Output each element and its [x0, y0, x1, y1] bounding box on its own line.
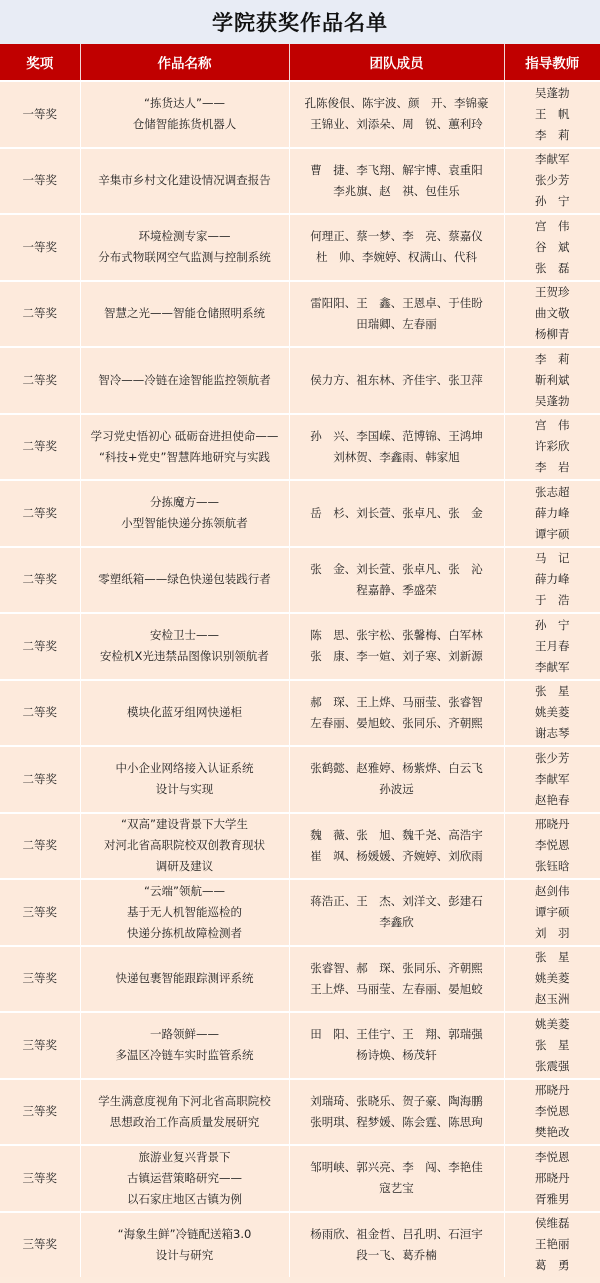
header-work: 作品名称: [80, 44, 289, 81]
header-team: 团队成员: [289, 44, 504, 81]
teachers-cell-line: 李 岩: [505, 457, 600, 478]
teachers-cell-line: 吴蓬勃: [505, 83, 600, 104]
work-title-cell-line: 智慧之光——智能仓储照明系统: [81, 303, 289, 324]
teachers-cell-line: 李 莉: [505, 125, 600, 146]
table-row: 三等奖一路领鲜——多温区冷链车实时监管系统田 阳、王佳宁、王 翔、郭瑞强杨诗焕、…: [0, 1012, 600, 1079]
award-cell: 二等奖: [0, 347, 80, 414]
team-members-cell-line: 李兆旗、赵 祺、包佳乐: [290, 181, 504, 202]
award-cell: 三等奖: [0, 1012, 80, 1079]
teachers-cell: 张 星姚美菱谢志琴: [504, 680, 600, 747]
work-title-cell-line: 对河北省高职院校双创教育现状: [81, 835, 289, 856]
team-members-cell-line: 张睿智、郝 琛、张同乐、齐朝熙: [290, 958, 504, 979]
team-members-cell-line: 岳 杉、刘长萱、张卓凡、张 金: [290, 503, 504, 524]
table-row: 三等奖学生满意度视角下河北省高职院校思想政治工作高质量发展研究刘瑞琦、张晓乐、贺…: [0, 1079, 600, 1146]
teachers-cell-line: 张 星: [505, 947, 600, 968]
team-members-cell-line: 刘林贺、李鑫雨、韩家旭: [290, 447, 504, 468]
team-members-cell: 张鹤懿、赵雅婷、杨紫烨、白云飞孙波远: [289, 746, 504, 813]
work-title-cell-line: 调研及建议: [81, 856, 289, 877]
teachers-cell: 李 莉靳利斌吴蓬勃: [504, 347, 600, 414]
team-members-cell: 杨雨欣、祖金哲、吕孔明、石洹宇段一飞、葛乔楠: [289, 1212, 504, 1278]
table-row: 二等奖分拣魔方——小型智能快递分拣领航者岳 杉、刘长萱、张卓凡、张 金张志超薛力…: [0, 480, 600, 547]
team-members-cell-line: 李鑫欣: [290, 912, 504, 933]
team-members-cell-line: 孙 兴、李国嵘、范博锦、王鸿坤: [290, 426, 504, 447]
teachers-cell: 李献军张少芳孙 宁: [504, 148, 600, 215]
teachers-cell-line: 王艳丽: [505, 1234, 600, 1255]
work-title-cell-line: 安检机X光违禁品图像识别领航者: [81, 646, 289, 667]
award-cell: 一等奖: [0, 214, 80, 281]
teachers-cell: 宫 伟许彩欣李 岩: [504, 414, 600, 481]
page-title: 学院获奖作品名单: [212, 7, 388, 37]
teachers-cell-line: 李献军: [505, 657, 600, 678]
team-members-cell-line: 张 康、李一媗、刘子寒、刘新源: [290, 646, 504, 667]
team-members-cell: 刘瑞琦、张晓乐、贺子豪、陶海鹏张明琪、程梦媛、陈会霆、陈思珣: [289, 1079, 504, 1146]
team-members-cell-line: 张鹤懿、赵雅婷、杨紫烨、白云飞: [290, 758, 504, 779]
team-members-cell: 曹 捷、李飞翔、解宇博、袁重阳李兆旗、赵 祺、包佳乐: [289, 148, 504, 215]
teachers-cell-line: 张少芳: [505, 170, 600, 191]
table-body: 一等奖“拣货达人”——仓储智能拣货机器人孔陈俊佷、陈宇波、颜 开、李锦豪王锦业、…: [0, 81, 600, 1277]
teachers-cell: 王贺珍曲文敬杨柳青: [504, 281, 600, 348]
team-members-cell-line: 何理正、蔡一梦、李 亮、蔡嘉仪: [290, 226, 504, 247]
team-members-cell-line: 杨雨欣、祖金哲、吕孔明、石洹宇: [290, 1224, 504, 1245]
award-cell: 二等奖: [0, 680, 80, 747]
team-members-cell-line: 邹明峡、郭兴亮、李 闯、李艳佳: [290, 1157, 504, 1178]
team-members-cell-line: 雷阳阳、王 鑫、王恩卓、于佳盼: [290, 293, 504, 314]
teachers-cell: 侯维磊王艳丽葛 勇: [504, 1212, 600, 1278]
work-title-cell: “拣货达人”——仓储智能拣货机器人: [80, 81, 289, 148]
teachers-cell-line: 曲文敬: [505, 303, 600, 324]
table-header: 奖项 作品名称 团队成员 指导教师: [0, 44, 600, 81]
teachers-cell-line: 张志超: [505, 482, 600, 503]
work-title-cell-line: 一路领鲜——: [81, 1024, 289, 1045]
teachers-cell-line: 张 星: [505, 1035, 600, 1056]
team-members-cell: 岳 杉、刘长萱、张卓凡、张 金: [289, 480, 504, 547]
teachers-cell-line: 李悦恩: [505, 835, 600, 856]
team-members-cell-line: 王上烨、马丽莹、左春丽、晏旭蛟: [290, 979, 504, 1000]
team-members-cell-line: 张 金、刘长萱、张卓凡、张 沁: [290, 559, 504, 580]
award-cell: 三等奖: [0, 1212, 80, 1278]
teachers-cell-line: 谭宇硕: [505, 524, 600, 545]
team-members-cell: 雷阳阳、王 鑫、王恩卓、于佳盼田瑞卿、左春丽: [289, 281, 504, 348]
teachers-cell-line: 李悦恩: [505, 1101, 600, 1122]
teachers-cell-line: 马 记: [505, 548, 600, 569]
table-row: 二等奖中小企业网络接入认证系统设计与实现张鹤懿、赵雅婷、杨紫烨、白云飞孙波远张少…: [0, 746, 600, 813]
teachers-cell-line: 赵玉洲: [505, 989, 600, 1010]
team-members-cell: 张睿智、郝 琛、张同乐、齐朝熙王上烨、马丽莹、左春丽、晏旭蛟: [289, 946, 504, 1013]
work-title-cell: 旅游业复兴背景下古镇运营策略研究——以石家庄地区古镇为例: [80, 1145, 289, 1212]
table-row: 三等奖快递包裹智能跟踪测评系统张睿智、郝 琛、张同乐、齐朝熙王上烨、马丽莹、左春…: [0, 946, 600, 1013]
team-members-cell-line: 曹 捷、李飞翔、解宇博、袁重阳: [290, 160, 504, 181]
work-title-cell-line: “拣货达人”——: [81, 93, 289, 114]
teachers-cell-line: 葛 勇: [505, 1255, 600, 1276]
team-members-cell: 郝 琛、王上烨、马丽莹、张睿智左春丽、晏旭蛟、张同乐、齐朝熙: [289, 680, 504, 747]
team-members-cell: 侯力方、祖东林、齐佳宇、张卫萍: [289, 347, 504, 414]
teachers-cell-line: 张钰晗: [505, 856, 600, 877]
teachers-cell-line: 赵剑伟: [505, 881, 600, 902]
work-title-cell: “云端”领航——基于无人机智能巡检的快递分拣机故障检测者: [80, 879, 289, 946]
work-title-cell-line: 分布式物联网空气监测与控制系统: [81, 247, 289, 268]
team-members-cell-line: 寇艺宝: [290, 1178, 504, 1199]
work-title-cell-line: 设计与研究: [81, 1245, 289, 1266]
award-cell: 一等奖: [0, 81, 80, 148]
work-title-cell: 快递包裹智能跟踪测评系统: [80, 946, 289, 1013]
work-title-cell: 零塑纸箱——绿色快递包装践行者: [80, 547, 289, 614]
table-row: 三等奖“云端”领航——基于无人机智能巡检的快递分拣机故障检测者蒋浩正、王 杰、刘…: [0, 879, 600, 946]
teachers-cell-line: 张 星: [505, 681, 600, 702]
award-cell: 三等奖: [0, 1079, 80, 1146]
award-cell: 二等奖: [0, 613, 80, 680]
teachers-cell-line: 宫 伟: [505, 216, 600, 237]
work-title-cell-line: 以石家庄地区古镇为例: [81, 1189, 289, 1210]
work-title-cell: 中小企业网络接入认证系统设计与实现: [80, 746, 289, 813]
teachers-cell: 马 记薛力峰于 浩: [504, 547, 600, 614]
work-title-cell: 学习党史悟初心 砥砺奋进担使命——“科技+党史”智慧阵地研究与实践: [80, 414, 289, 481]
work-title-cell: 环境检测专家——分布式物联网空气监测与控制系统: [80, 214, 289, 281]
table-row: 三等奖旅游业复兴背景下古镇运营策略研究——以石家庄地区古镇为例邹明峡、郭兴亮、李…: [0, 1145, 600, 1212]
teachers-cell-line: 宫 伟: [505, 415, 600, 436]
team-members-cell-line: 孔陈俊佷、陈宇波、颜 开、李锦豪: [290, 93, 504, 114]
work-title-cell-line: 古镇运营策略研究——: [81, 1168, 289, 1189]
teachers-cell-line: 于 浩: [505, 590, 600, 611]
work-title-cell-line: “科技+党史”智慧阵地研究与实践: [81, 447, 289, 468]
work-title-cell: 智冷——冷链在途智能监控领航者: [80, 347, 289, 414]
teachers-cell-line: 张 磊: [505, 258, 600, 279]
table-row: 二等奖零塑纸箱——绿色快递包装践行者张 金、刘长萱、张卓凡、张 沁程嘉静、季盛荣…: [0, 547, 600, 614]
teachers-cell: 姚美菱张 星张震强: [504, 1012, 600, 1079]
work-title-cell-line: 模块化蓝牙组网快递柜: [81, 702, 289, 723]
work-title-cell-line: 小型智能快递分拣领航者: [81, 513, 289, 534]
teachers-cell-line: 邢晓丹: [505, 814, 600, 835]
work-title-cell-line: 中小企业网络接入认证系统: [81, 758, 289, 779]
work-title-cell: 智慧之光——智能仓储照明系统: [80, 281, 289, 348]
team-members-cell-line: 程嘉静、季盛荣: [290, 580, 504, 601]
teachers-cell-line: 樊艳改: [505, 1122, 600, 1143]
team-members-cell-line: 蒋浩正、王 杰、刘洋文、彭建石: [290, 891, 504, 912]
teachers-cell-line: 谷 斌: [505, 237, 600, 258]
team-members-cell-line: 魏 薇、张 旭、魏千尧、高浩宇: [290, 825, 504, 846]
teachers-cell-line: 薛力峰: [505, 569, 600, 590]
teachers-cell-line: 王 帆: [505, 104, 600, 125]
teachers-cell-line: 李献军: [505, 149, 600, 170]
work-title-cell: “海象生鲜”冷链配送箱3.0设计与研究: [80, 1212, 289, 1278]
team-members-cell-line: 孙波远: [290, 779, 504, 800]
teachers-cell-line: 姚美菱: [505, 968, 600, 989]
teachers-cell-line: 侯维磊: [505, 1213, 600, 1234]
team-members-cell-line: 田 阳、王佳宁、王 翔、郭瑞强: [290, 1024, 504, 1045]
team-members-cell: 张 金、刘长萱、张卓凡、张 沁程嘉静、季盛荣: [289, 547, 504, 614]
team-members-cell: 魏 薇、张 旭、魏千尧、高浩宇崔 飒、杨媛媛、齐婉婷、刘欣雨: [289, 813, 504, 880]
team-members-cell-line: 张明琪、程梦媛、陈会霆、陈思珣: [290, 1112, 504, 1133]
team-members-cell-line: 左春丽、晏旭蛟、张同乐、齐朝熙: [290, 713, 504, 734]
table-row: 一等奖“拣货达人”——仓储智能拣货机器人孔陈俊佷、陈宇波、颜 开、李锦豪王锦业、…: [0, 81, 600, 148]
team-members-cell-line: 田瑞卿、左春丽: [290, 314, 504, 335]
award-cell: 三等奖: [0, 1145, 80, 1212]
team-members-cell: 蒋浩正、王 杰、刘洋文、彭建石李鑫欣: [289, 879, 504, 946]
team-members-cell: 邹明峡、郭兴亮、李 闯、李艳佳寇艺宝: [289, 1145, 504, 1212]
work-title-cell-line: “云端”领航——: [81, 881, 289, 902]
teachers-cell-line: 吴蓬勃: [505, 391, 600, 412]
teachers-cell-line: 胥雅男: [505, 1189, 600, 1210]
teachers-cell-line: 姚美菱: [505, 702, 600, 723]
award-cell: 三等奖: [0, 946, 80, 1013]
award-cell: 二等奖: [0, 746, 80, 813]
work-title-cell-line: 安检卫士——: [81, 625, 289, 646]
team-members-cell-line: 杨诗焕、杨茂轩: [290, 1045, 504, 1066]
teachers-cell: 张志超薛力峰谭宇硕: [504, 480, 600, 547]
teachers-cell-line: 邢晓丹: [505, 1168, 600, 1189]
team-members-cell-line: 刘瑞琦、张晓乐、贺子豪、陶海鹏: [290, 1091, 504, 1112]
team-members-cell-line: 崔 飒、杨媛媛、齐婉婷、刘欣雨: [290, 846, 504, 867]
team-members-cell: 田 阳、王佳宁、王 翔、郭瑞强杨诗焕、杨茂轩: [289, 1012, 504, 1079]
award-cell: 二等奖: [0, 547, 80, 614]
teachers-cell-line: 孙 宁: [505, 615, 600, 636]
award-cell: 一等奖: [0, 148, 80, 215]
team-members-cell-line: 段一飞、葛乔楠: [290, 1245, 504, 1266]
teachers-cell: 赵剑伟谭宇硕刘 羽: [504, 879, 600, 946]
teachers-cell-line: 靳利斌: [505, 370, 600, 391]
teachers-cell: 张 星姚美菱赵玉洲: [504, 946, 600, 1013]
title-bar: 学院获奖作品名单: [0, 0, 600, 44]
work-title-cell: 安检卫士——安检机X光违禁品图像识别领航者: [80, 613, 289, 680]
team-members-cell: 陈 思、张宇松、张馨梅、白军林张 康、李一媗、刘子寒、刘新源: [289, 613, 504, 680]
award-cell: 三等奖: [0, 879, 80, 946]
work-title-cell-line: “双高”建设背景下大学生: [81, 814, 289, 835]
teachers-cell: 孙 宁王月春李献军: [504, 613, 600, 680]
work-title-cell-line: 仓储智能拣货机器人: [81, 114, 289, 135]
work-title-cell-line: 零塑纸箱——绿色快递包装践行者: [81, 569, 289, 590]
teachers-cell: 李悦恩邢晓丹胥雅男: [504, 1145, 600, 1212]
work-title-cell-line: 学生满意度视角下河北省高职院校: [81, 1091, 289, 1112]
table-row: 一等奖环境检测专家——分布式物联网空气监测与控制系统何理正、蔡一梦、李 亮、蔡嘉…: [0, 214, 600, 281]
teachers-cell-line: 许彩欣: [505, 436, 600, 457]
award-table: 奖项 作品名称 团队成员 指导教师 一等奖“拣货达人”——仓储智能拣货机器人孔陈…: [0, 44, 600, 1277]
teachers-cell: 张少芳李献军赵艳春: [504, 746, 600, 813]
work-title-cell-line: 旅游业复兴背景下: [81, 1147, 289, 1168]
teachers-cell: 吴蓬勃王 帆李 莉: [504, 81, 600, 148]
team-members-cell: 何理正、蔡一梦、李 亮、蔡嘉仪杜 帅、李婉婷、权满山、代科: [289, 214, 504, 281]
table-row: 三等奖“海象生鲜”冷链配送箱3.0设计与研究杨雨欣、祖金哲、吕孔明、石洹宇段一飞…: [0, 1212, 600, 1278]
teachers-cell-line: 姚美菱: [505, 1014, 600, 1035]
team-members-cell-line: 侯力方、祖东林、齐佳宇、张卫萍: [290, 370, 504, 391]
teachers-cell-line: 杨柳青: [505, 324, 600, 345]
teachers-cell: 邢晓丹李悦恩张钰晗: [504, 813, 600, 880]
header-award: 奖项: [0, 44, 80, 81]
work-title-cell: “双高”建设背景下大学生对河北省高职院校双创教育现状调研及建议: [80, 813, 289, 880]
team-members-cell-line: 郝 琛、王上烨、马丽莹、张睿智: [290, 692, 504, 713]
table-row: 二等奖智慧之光——智能仓储照明系统雷阳阳、王 鑫、王恩卓、于佳盼田瑞卿、左春丽王…: [0, 281, 600, 348]
award-cell: 二等奖: [0, 480, 80, 547]
award-cell: 二等奖: [0, 281, 80, 348]
work-title-cell-line: 辛集市乡村文化建设情况调查报告: [81, 170, 289, 191]
award-cell: 二等奖: [0, 813, 80, 880]
work-title-cell-line: 分拣魔方——: [81, 492, 289, 513]
table-row: 一等奖辛集市乡村文化建设情况调查报告曹 捷、李飞翔、解宇博、袁重阳李兆旗、赵 祺…: [0, 148, 600, 215]
teachers-cell-line: 王月春: [505, 636, 600, 657]
work-title-cell-line: 基于无人机智能巡检的: [81, 902, 289, 923]
teachers-cell-line: 谢志琴: [505, 723, 600, 744]
work-title-cell: 辛集市乡村文化建设情况调查报告: [80, 148, 289, 215]
work-title-cell-line: 智冷——冷链在途智能监控领航者: [81, 370, 289, 391]
work-title-cell: 模块化蓝牙组网快递柜: [80, 680, 289, 747]
teachers-cell-line: 邢晓丹: [505, 1080, 600, 1101]
teachers-cell: 邢晓丹李悦恩樊艳改: [504, 1079, 600, 1146]
teachers-cell-line: 李 莉: [505, 349, 600, 370]
table-row: 二等奖学习党史悟初心 砥砺奋进担使命——“科技+党史”智慧阵地研究与实践孙 兴、…: [0, 414, 600, 481]
table-row: 二等奖智冷——冷链在途智能监控领航者侯力方、祖东林、齐佳宇、张卫萍李 莉靳利斌吴…: [0, 347, 600, 414]
teachers-cell: 宫 伟谷 斌张 磊: [504, 214, 600, 281]
team-members-cell-line: 陈 思、张宇松、张馨梅、白军林: [290, 625, 504, 646]
work-title-cell-line: 设计与实现: [81, 779, 289, 800]
award-cell: 二等奖: [0, 414, 80, 481]
header-teacher: 指导教师: [504, 44, 600, 81]
team-members-cell-line: 杜 帅、李婉婷、权满山、代科: [290, 247, 504, 268]
work-title-cell-line: “海象生鲜”冷链配送箱3.0: [81, 1224, 289, 1245]
teachers-cell-line: 刘 羽: [505, 923, 600, 944]
team-members-cell: 孔陈俊佷、陈宇波、颜 开、李锦豪王锦业、刘添朵、周 锐、蕙利玲: [289, 81, 504, 148]
work-title-cell: 一路领鲜——多温区冷链车实时监管系统: [80, 1012, 289, 1079]
teachers-cell-line: 张少芳: [505, 748, 600, 769]
teachers-cell-line: 孙 宁: [505, 191, 600, 212]
table-row: 二等奖“双高”建设背景下大学生对河北省高职院校双创教育现状调研及建议魏 薇、张 …: [0, 813, 600, 880]
work-title-cell-line: 学习党史悟初心 砥砺奋进担使命——: [81, 426, 289, 447]
teachers-cell-line: 李悦恩: [505, 1147, 600, 1168]
work-title-cell-line: 多温区冷链车实时监管系统: [81, 1045, 289, 1066]
team-members-cell: 孙 兴、李国嵘、范博锦、王鸿坤刘林贺、李鑫雨、韩家旭: [289, 414, 504, 481]
teachers-cell-line: 王贺珍: [505, 282, 600, 303]
work-title-cell: 分拣魔方——小型智能快递分拣领航者: [80, 480, 289, 547]
table-row: 二等奖模块化蓝牙组网快递柜郝 琛、王上烨、马丽莹、张睿智左春丽、晏旭蛟、张同乐、…: [0, 680, 600, 747]
work-title-cell-line: 快递包裹智能跟踪测评系统: [81, 968, 289, 989]
work-title-cell-line: 思想政治工作高质量发展研究: [81, 1112, 289, 1133]
work-title-cell: 学生满意度视角下河北省高职院校思想政治工作高质量发展研究: [80, 1079, 289, 1146]
table-row: 二等奖安检卫士——安检机X光违禁品图像识别领航者陈 思、张宇松、张馨梅、白军林张…: [0, 613, 600, 680]
work-title-cell-line: 快递分拣机故障检测者: [81, 923, 289, 944]
teachers-cell-line: 张震强: [505, 1056, 600, 1077]
teachers-cell-line: 李献军: [505, 769, 600, 790]
teachers-cell-line: 赵艳春: [505, 790, 600, 811]
work-title-cell-line: 环境检测专家——: [81, 226, 289, 247]
teachers-cell-line: 谭宇硕: [505, 902, 600, 923]
team-members-cell-line: 王锦业、刘添朵、周 锐、蕙利玲: [290, 114, 504, 135]
teachers-cell-line: 薛力峰: [505, 503, 600, 524]
